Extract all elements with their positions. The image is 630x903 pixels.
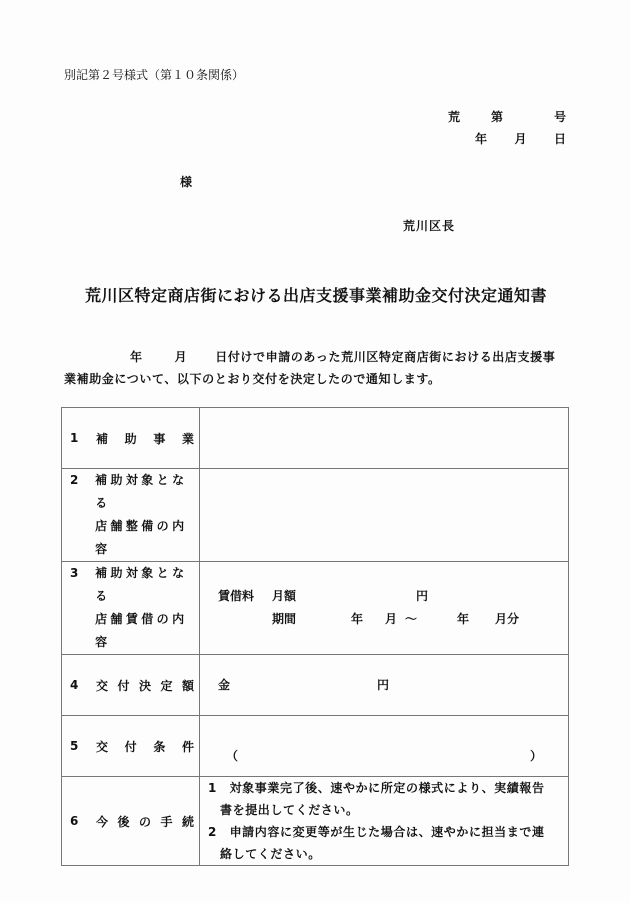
tilde: ～ <box>405 608 417 631</box>
label-char: 今 <box>96 813 108 830</box>
date-month: 月 <box>514 130 526 147</box>
row-number: 1 <box>70 431 96 445</box>
row-label: 6 今 後 の 手 続 <box>62 777 200 866</box>
open-paren: （ <box>226 745 238 768</box>
label-char: 件 <box>182 738 194 755</box>
rent-label: 賃借料 <box>218 585 254 608</box>
row-label: 3 補助対象となる 店舗賃借の内容 <box>62 562 200 655</box>
reference-prefix: 荒 <box>448 108 460 125</box>
step-text: 申請内容に変更等が生じた場合は、速やかに担当まで連 <box>230 825 545 839</box>
subsidy-project-value[interactable] <box>200 408 569 469</box>
table-row-store-renovation: 2 補助対象となる 店舗整備の内容 <box>62 469 569 562</box>
from-year: 年 <box>351 608 363 631</box>
from-month: 月 <box>385 608 397 631</box>
label-char: 事 <box>153 430 165 447</box>
step-text-cont: 書を提出してください。 <box>208 799 568 821</box>
row-number: 2 <box>70 469 95 492</box>
grant-amount-value[interactable]: 金 円 <box>200 655 569 716</box>
row-label: 1 補 助 事 業 <box>62 408 200 469</box>
step-number: 1 <box>208 781 217 795</box>
next-steps-value: 1 対象事業完了後、速やかに所定の様式により、実績報告 書を提出してください。 … <box>200 777 569 866</box>
label-line: 店舗賃借の内容 <box>95 608 199 654</box>
label-char: 補 <box>96 430 108 447</box>
body-line1-rest: 日付けで申請のあった荒川区特定商店街における出店支援事 <box>215 350 555 364</box>
row-label: 2 補助対象となる 店舗整備の内容 <box>62 469 200 562</box>
label-char: 決 <box>139 677 151 694</box>
table-row-grant-conditions: 5 交 付 条 件 （ ） <box>62 716 569 777</box>
addressee-suffix: 様 <box>180 173 192 190</box>
label-char: 定 <box>160 677 172 694</box>
label-char: 額 <box>182 677 194 694</box>
row-number: 6 <box>70 814 96 828</box>
label-line: 補助対象となる <box>95 562 199 608</box>
amount-yen: 円 <box>377 674 389 697</box>
issue-date: 年 月 日 <box>475 130 566 147</box>
monthly-label: 月額 <box>272 585 296 608</box>
row-number: 3 <box>70 562 95 585</box>
label-char: 手 <box>160 813 172 830</box>
reference-suffix: 号 <box>554 108 566 125</box>
table-row-subsidy-project: 1 補 助 事 業 <box>62 408 569 469</box>
store-lease-value[interactable]: 賃借料 月額 円 期間 年 月 ～ 年 月分 <box>200 562 569 655</box>
label-line: 補助対象となる <box>95 469 199 515</box>
document-title: 荒川区特定商店街における出店支援事業補助金交付決定通知書 <box>85 283 547 306</box>
to-month: 月分 <box>495 608 519 631</box>
row-number: 4 <box>70 678 96 692</box>
reference-number: 荒 第 号 <box>448 108 566 125</box>
label-line: 店舗整備の内容 <box>95 515 199 561</box>
table-row-next-steps: 6 今 後 の 手 続 1 対象事業完了後、速やかに所定の様式により、実績報告 … <box>62 777 569 866</box>
label-char: 業 <box>182 430 194 447</box>
issuer: 荒川区長 <box>403 217 455 234</box>
reference-middle: 第 <box>491 108 503 125</box>
step-2: 2 申請内容に変更等が生じた場合は、速やかに担当まで連 <box>208 821 568 843</box>
row-label: 5 交 付 条 件 <box>62 716 200 777</box>
label-char: 付 <box>117 677 129 694</box>
step-number: 2 <box>208 825 217 839</box>
store-renovation-value[interactable] <box>200 469 569 562</box>
label-char: 後 <box>117 813 129 830</box>
to-year: 年 <box>457 608 469 631</box>
label-char: 交 <box>96 677 108 694</box>
body-line-2: 業補助金について、以下のとおり交付を決定したので通知します。 <box>64 370 441 387</box>
step-1: 1 対象事業完了後、速やかに所定の様式により、実績報告 <box>208 777 568 799</box>
label-char: 付 <box>125 738 137 755</box>
monthly-yen: 円 <box>416 585 428 608</box>
label-char: 条 <box>153 738 165 755</box>
close-paren: ） <box>530 745 542 768</box>
table-row-store-lease: 3 補助対象となる 店舗賃借の内容 賃借料 月額 円 期間 年 月 ～ 年 月分 <box>62 562 569 655</box>
decision-table: 1 補 助 事 業 2 補助対象となる 店舗整備の内容 <box>61 407 569 866</box>
step-text: 対象事業完了後、速やかに所定の様式により、実績報告 <box>230 781 545 795</box>
grant-conditions-value[interactable]: （ ） <box>200 716 569 777</box>
body-line-1: 年月日付けで申請のあった荒川区特定商店街における出店支援事 <box>64 348 555 365</box>
body-year: 年 <box>130 350 143 364</box>
form-identifier: 別記第２号様式（第１０条関係） <box>64 66 244 83</box>
body-month: 月 <box>175 350 188 364</box>
row-number: 5 <box>70 739 96 753</box>
label-char: 助 <box>125 430 137 447</box>
table-row-grant-amount: 4 交 付 決 定 額 金 円 <box>62 655 569 716</box>
kin-label: 金 <box>218 674 230 697</box>
date-year: 年 <box>475 130 487 147</box>
label-char: 続 <box>182 813 194 830</box>
period-label: 期間 <box>272 608 296 631</box>
row-label: 4 交 付 決 定 額 <box>62 655 200 716</box>
step-text-cont: 絡してください。 <box>208 843 568 865</box>
label-char: の <box>139 813 151 830</box>
date-day: 日 <box>554 130 566 147</box>
label-char: 交 <box>96 738 108 755</box>
